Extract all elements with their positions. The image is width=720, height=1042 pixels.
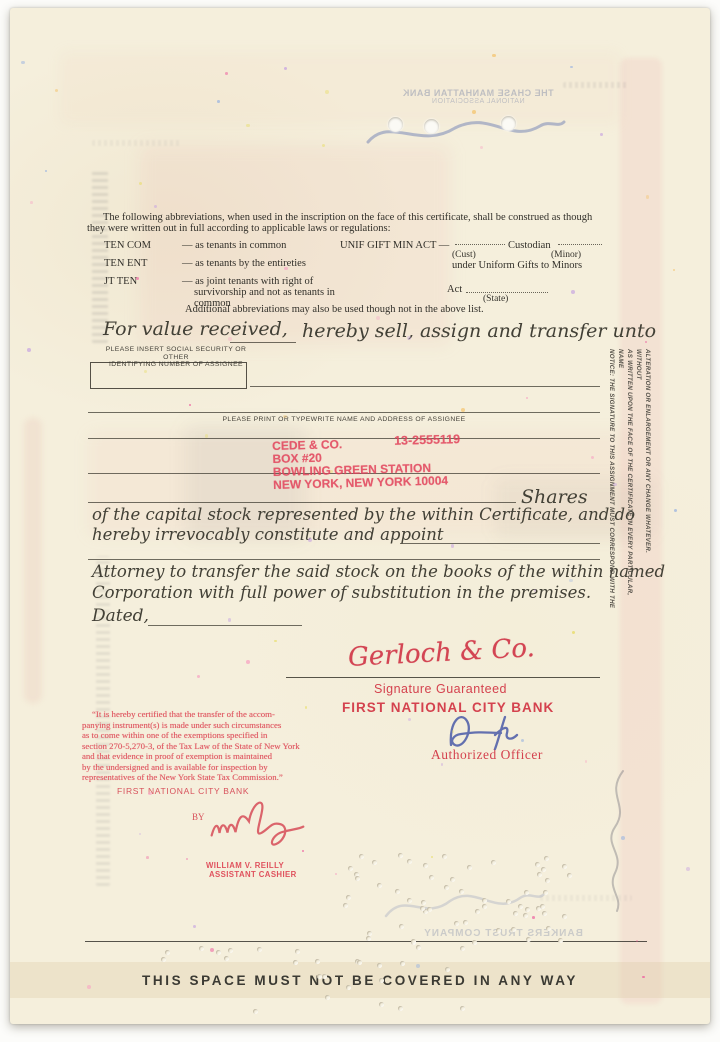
blank-line	[88, 438, 600, 439]
punch-hole	[388, 117, 403, 132]
custodian-label: Custodian	[508, 240, 551, 251]
capital-stock-line1: of the capital stock represented by the …	[92, 505, 635, 524]
minor-caption: (Minor)	[551, 250, 581, 260]
abbr-ten-ent-def: — as tenants by the entireties	[182, 258, 306, 269]
cashier-name: WILLIAM V. REILLY	[206, 861, 284, 870]
fill-in-dots	[455, 236, 505, 245]
show-through-tint	[24, 418, 42, 703]
hereby-sell-assign: hereby sell, assign and transfer unto	[302, 320, 656, 342]
for-value-received: For value received,	[103, 318, 288, 340]
blank-line	[88, 559, 600, 560]
abbr-jt-ten: JT TEN	[104, 276, 137, 287]
ghost-stamp-bar	[92, 168, 108, 343]
dated-label: Dated,	[92, 606, 149, 626]
abbr-ten-com: TEN COM	[104, 240, 151, 251]
scanned-certificate-back: THE CHASE MANHATTAN BANK NATIONAL ASSOCI…	[0, 0, 720, 1042]
blank-line	[148, 625, 302, 626]
abbr-ten-ent: TEN ENT	[104, 258, 147, 269]
ghost-text-bar	[92, 140, 182, 146]
blank-line	[230, 342, 296, 343]
by-label: BY	[192, 812, 205, 822]
under-uniform-gifts: under Uniform Gifts to Minors	[452, 260, 582, 271]
pencil-notation	[585, 765, 645, 915]
cashier-signature-ink	[204, 790, 312, 853]
punch-hole	[424, 119, 439, 134]
print-name-instruction: PLEASE PRINT OR TYPEWRITE NAME AND ADDRE…	[88, 416, 600, 423]
blank-line	[88, 412, 600, 413]
abbr-ten-com-def: — as tenants in common	[182, 240, 286, 251]
ghost-text-bar	[563, 82, 627, 88]
authorized-officer-signature-ink	[443, 707, 548, 755]
tax-cert-line: “It is hereby certified that the transfe…	[92, 709, 275, 719]
ssn-entry-box	[90, 362, 247, 389]
attorney-line2: Corporation with full power of substitut…	[92, 583, 591, 602]
tax-cert-line: panying instrument(s) is made under such…	[82, 720, 281, 730]
stamp-tax-id: 13-2555119	[394, 432, 460, 448]
act-label: Act	[447, 284, 462, 295]
blank-line	[400, 543, 600, 544]
ghost-text: NATIONAL ASSOCIATION	[390, 98, 566, 105]
fill-in-dots	[558, 236, 602, 245]
signature-guaranteed-label: Signature Guaranteed	[374, 682, 507, 696]
unif-gift-label: UNIF GIFT MIN ACT —	[340, 240, 449, 251]
tax-cert-line: by the undersigned and is available for …	[82, 762, 268, 772]
ghost-text: THE CHASE MANHATTAN BANK	[390, 88, 566, 98]
margin-notice: NOTICE: THE SIGNATURE TO THIS ASSIGNMENT…	[607, 349, 652, 611]
margin-notice-line: ALTERATION OR ENLARGEMENT OR ANY CHANGE …	[643, 349, 652, 611]
ssn-instruction-line1: PLEASE INSERT SOCIAL SECURITY OR OTHER	[106, 346, 247, 361]
tax-cert-line: section 270-5,270-3, of the Tax Law of t…	[82, 741, 300, 751]
punch-hole	[501, 116, 516, 131]
margin-notice-line: NOTICE: THE SIGNATURE TO THIS ASSIGNMENT…	[607, 349, 625, 611]
show-through-bank-name: THE CHASE MANHATTAN BANK NATIONAL ASSOCI…	[390, 88, 566, 105]
additional-abbreviations: Additional abbreviations may also be use…	[185, 304, 484, 315]
blank-line	[88, 502, 516, 503]
capital-stock-line2: hereby irrevocably constitute and appoin…	[92, 525, 444, 544]
attorney-line1: Attorney to transfer the said stock on t…	[92, 562, 665, 581]
cust-caption: (Cust)	[452, 250, 476, 260]
fill-in-dots	[466, 284, 548, 293]
tax-cert-line: representatives of the New York State Ta…	[82, 772, 283, 782]
abbreviations-intro-line1: The following abbreviations, when used i…	[103, 212, 592, 223]
state-caption: (State)	[483, 294, 508, 304]
tax-cert-line: as to come within one of the exemptions …	[82, 730, 267, 740]
blank-line	[250, 386, 600, 387]
footer-warning: THIS SPACE MUST NOT BE COVERED IN ANY WA…	[60, 973, 660, 988]
signature-line	[286, 677, 600, 678]
cashier-title: ASSISTANT CASHIER	[209, 870, 297, 879]
margin-notice-line: AS WRITTEN UPON THE FACE OF THE CERTIFIC…	[625, 349, 643, 611]
abbreviations-intro-line2: they were written out in full according …	[87, 223, 391, 234]
tax-cert-line: and that evidence in proof of exemption …	[82, 751, 272, 761]
faint-signature-ink	[380, 876, 550, 931]
bottom-divider-line	[85, 941, 647, 942]
